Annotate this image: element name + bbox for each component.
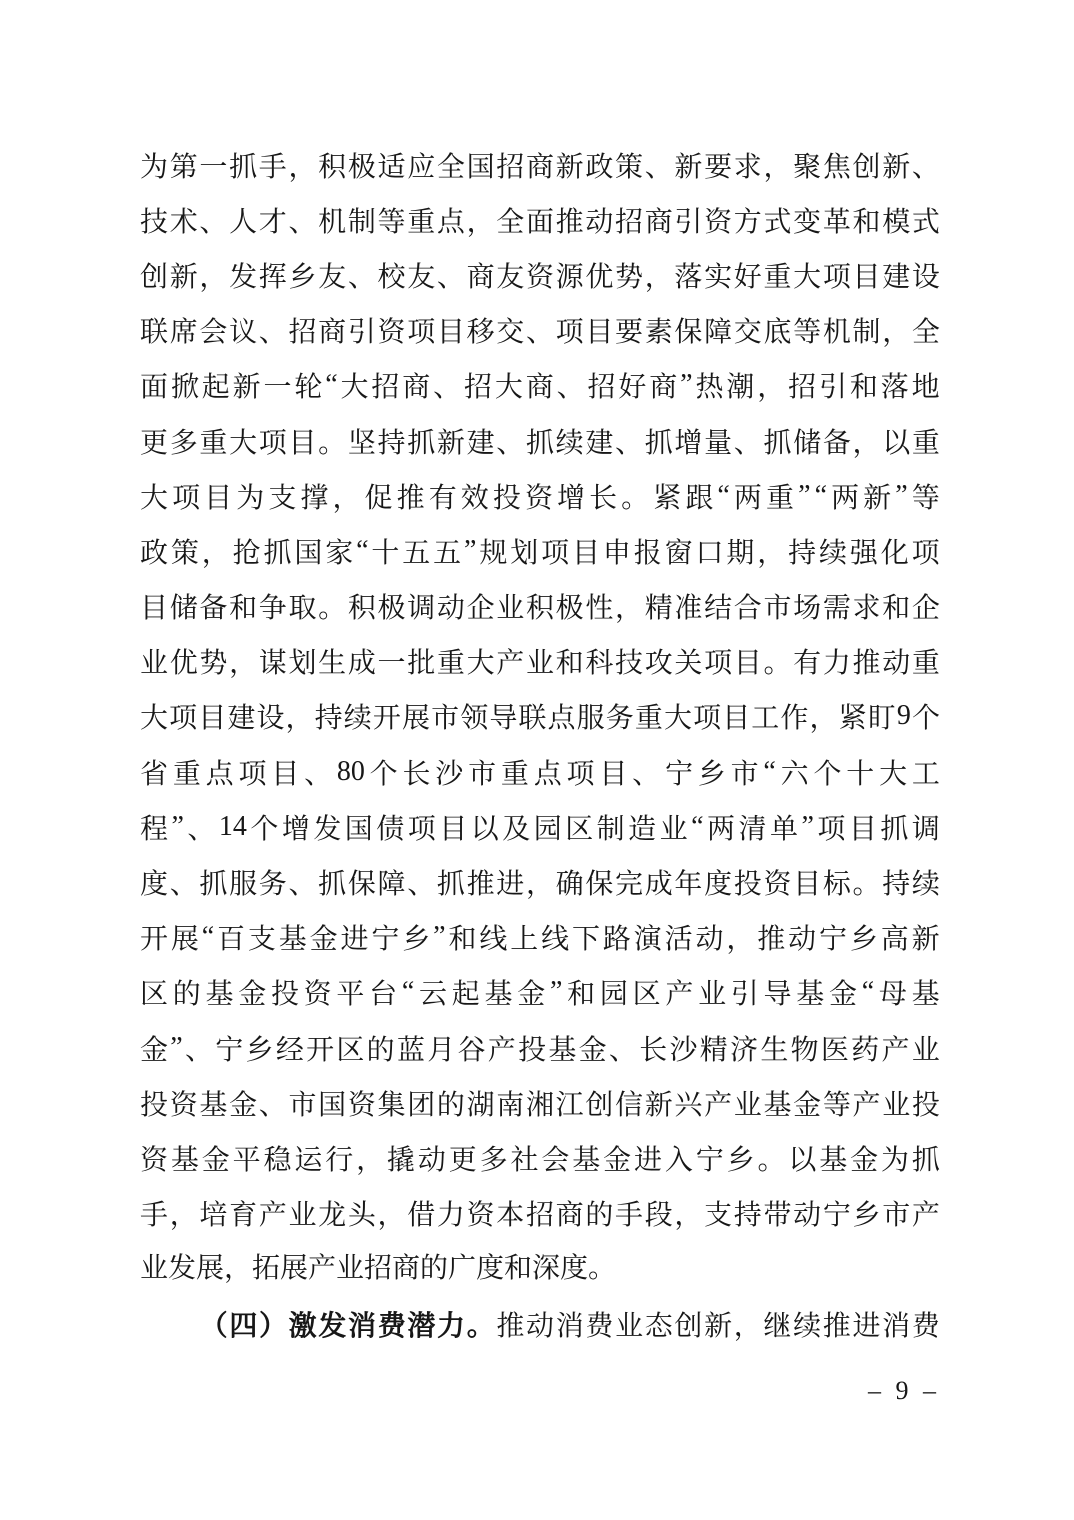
- body-text-run: 演: [634, 917, 662, 957]
- body-text-run: 进: [852, 1304, 880, 1344]
- body-text-run: 、: [199, 200, 227, 240]
- body-text-run: 全: [912, 310, 940, 350]
- body-text-run: 金: [238, 972, 266, 1012]
- body-text-run: 宁: [819, 917, 847, 957]
- body-text-run: 目: [572, 531, 600, 571]
- body-text-run: 项: [408, 807, 436, 847]
- body-text-run: 9: [897, 700, 911, 732]
- text-line: 政策，抢抓国家“十五五”规划项目申报窗口期，持续强化项: [140, 523, 940, 578]
- body-text-run: 资: [170, 1083, 198, 1123]
- body-text-run: 量: [704, 421, 732, 461]
- body-text-run: 招: [615, 200, 643, 240]
- body-text-run: 会: [541, 1138, 569, 1178]
- body-text-run: 平: [233, 1138, 261, 1178]
- text-line: 开展“百支基金进宁乡”和线上线下路演活动，推动宁乡高新: [140, 910, 940, 965]
- body-text-run: 全: [437, 145, 465, 185]
- body-text-run: 目: [288, 421, 316, 461]
- body-text-run: 生: [318, 641, 346, 681]
- body-text-run: ，: [467, 200, 495, 240]
- body-text-run: 段: [645, 1193, 673, 1233]
- body-text-run: 十: [371, 531, 399, 571]
- body-text-run: 商: [526, 365, 554, 405]
- body-text-run: 投: [493, 476, 521, 516]
- body-text-run: 资: [526, 255, 554, 295]
- body-text-run: 、: [609, 1028, 637, 1068]
- body-text-run: 建: [227, 696, 255, 736]
- text-line: 资基金平稳运行，撬动更多社会基金进入宁乡。以基金为抓: [140, 1130, 940, 1185]
- body-text-run: 期: [726, 531, 754, 571]
- body-text-run: 商: [467, 255, 495, 295]
- body-text-run: 素: [645, 310, 673, 350]
- body-text-run: 物: [791, 1028, 819, 1068]
- body-text-run: 园: [534, 807, 562, 847]
- body-text-run: 沙: [669, 1028, 697, 1068]
- body-text-run: 资: [304, 972, 332, 1012]
- body-text-run: 窗: [665, 531, 693, 571]
- body-text-run: 集: [378, 1083, 406, 1123]
- body-text-run: 建: [585, 421, 613, 461]
- body-text-run: 备: [823, 421, 851, 461]
- body-text-run: 活: [665, 917, 693, 957]
- body-text-run: 目: [140, 586, 168, 626]
- body-text-run: 重: [407, 200, 435, 240]
- body-text-run: 重: [766, 476, 794, 516]
- body-text-run: 路: [603, 917, 631, 957]
- body-text-run: 长: [639, 1028, 667, 1068]
- body-text-run: 长: [402, 752, 430, 792]
- text-line: 业优势，谋划生成一批重大产业和科技攻关项目。有力推动重: [140, 634, 940, 689]
- body-text-run: 等: [793, 310, 821, 350]
- body-text-run: 、: [185, 1028, 213, 1068]
- body-text-run: 导: [489, 696, 517, 736]
- body-text-run: 企: [912, 586, 940, 626]
- section-heading-text: （: [200, 1304, 228, 1344]
- body-text-run: 持: [378, 421, 406, 461]
- body-text-run: 产: [881, 1028, 909, 1068]
- body-text-run: 引: [731, 972, 759, 1012]
- body-text-run: 基: [912, 972, 940, 1012]
- body-text-run: 家: [325, 531, 353, 571]
- body-text-run: 资: [525, 476, 553, 516]
- body-text-run: 高: [881, 917, 909, 957]
- body-text-run: 资: [467, 1193, 495, 1233]
- body-text-run: 为: [140, 145, 168, 185]
- body-text-run: 、: [645, 145, 673, 185]
- body-text-run: 、: [557, 365, 585, 405]
- body-text-run: 宁: [665, 752, 693, 792]
- body-text-run: 有: [429, 476, 457, 516]
- body-text-run: “: [402, 976, 414, 1008]
- body-text-run: 。: [758, 1138, 786, 1178]
- body-text-run: 金: [829, 972, 857, 1012]
- body-text-run: 目: [437, 310, 465, 350]
- body-text-run: 作: [780, 696, 808, 736]
- body-text-run: 场: [793, 586, 821, 626]
- body-text-run: 新: [704, 1304, 732, 1344]
- body-text-run: 底: [763, 310, 791, 350]
- body-text-run: 招: [526, 1193, 554, 1233]
- section-heading-text: 激: [289, 1304, 317, 1344]
- text-line: 联席会议、招商引资项目移交、项目要素保障交底等机制，全: [140, 303, 940, 358]
- body-text-run: ，: [229, 641, 257, 681]
- body-text-run: 商: [649, 365, 677, 405]
- body-text-run: 点: [534, 752, 562, 792]
- section-heading-text: ）: [259, 1304, 287, 1344]
- body-text-run: 项: [823, 255, 851, 295]
- body-text-run: 动: [585, 200, 613, 240]
- body-text-run: 产: [496, 641, 524, 681]
- body-text-run: 续: [556, 421, 584, 461]
- body-text-run: ，: [763, 145, 791, 185]
- body-text-run: 、: [407, 862, 435, 902]
- body-text-run: 一: [378, 641, 406, 681]
- body-text-run: 力: [437, 1193, 465, 1233]
- body-text-run: 基: [572, 1138, 600, 1178]
- body-text-run: 和: [448, 917, 476, 957]
- body-text-run: 金: [850, 1138, 878, 1178]
- body-text-run: 会: [199, 310, 227, 350]
- body-text-run: 重: [912, 641, 940, 681]
- body-text-run: 个: [813, 752, 841, 792]
- body-text-run: 持: [788, 531, 816, 571]
- body-text-run: 创: [585, 1083, 613, 1123]
- body-text-run: 全: [496, 200, 524, 240]
- body-text-run: 政: [585, 145, 613, 185]
- body-text-run: ”: [680, 369, 692, 401]
- body-text-run: 规: [479, 531, 507, 571]
- body-text-run: 潮: [726, 365, 754, 405]
- section-heading-text: 潜: [407, 1304, 435, 1344]
- body-text-run: 创: [853, 145, 881, 185]
- body-text-run: 精: [645, 586, 673, 626]
- body-text-run: 求: [853, 586, 881, 626]
- body-text-run: 产: [912, 1193, 940, 1233]
- body-text-run: 投: [140, 1083, 168, 1123]
- body-text-run: 业: [140, 641, 168, 681]
- body-text-run: 金: [229, 1083, 257, 1123]
- body-text-run: 抓: [880, 807, 908, 847]
- body-text-run: 乡: [246, 1028, 274, 1068]
- body-text-run: 重: [912, 421, 940, 461]
- text-line: 大项目为支撑，促推有效投资增长。紧跟“两重”“两新”等: [140, 468, 940, 523]
- body-text-run: 等: [823, 1083, 851, 1123]
- body-text-run: 乡: [288, 255, 316, 295]
- body-text-run: 点: [206, 752, 234, 792]
- body-text-run: 以: [882, 421, 910, 461]
- body-text-run: 市: [882, 1193, 910, 1233]
- body-text-run: 抓: [199, 862, 227, 902]
- body-text-run: 、: [526, 310, 554, 350]
- body-text-run: 以: [788, 1138, 816, 1178]
- body-text-run: 。: [763, 641, 791, 681]
- body-text-run: 项: [407, 310, 435, 350]
- body-text-run: 撬: [387, 1138, 415, 1178]
- body-text-run: 基: [548, 1028, 576, 1068]
- body-text-run: 国: [467, 145, 495, 185]
- body-text-run: 撑: [300, 476, 328, 516]
- body-text-run: 目: [439, 807, 467, 847]
- body-text-run: 清: [739, 807, 767, 847]
- body-text-run: 资: [763, 862, 791, 902]
- text-line: 程”、14个增发国债项目以及园区制造业“两清单”项目抓调: [140, 799, 940, 854]
- body-text-run: 准: [674, 586, 702, 626]
- body-text-run: 引: [348, 310, 376, 350]
- body-text-run: 项: [556, 310, 584, 350]
- body-text-run: 新: [556, 145, 584, 185]
- body-text-run: 。: [318, 586, 346, 626]
- body-text-run: 的: [585, 1193, 613, 1233]
- body-text-run: 议: [229, 310, 257, 350]
- body-text-run: 台: [369, 972, 397, 1012]
- section-heading-text: 。: [467, 1304, 495, 1344]
- body-text-run: 取: [288, 586, 316, 626]
- body-text-run: ，: [882, 310, 910, 350]
- body-text-run: 项: [912, 531, 940, 571]
- body-text-run: 湘: [526, 1083, 554, 1123]
- body-text-run: 动: [418, 1138, 446, 1178]
- body-text-run: 增: [674, 421, 702, 461]
- body-text-run: 极: [556, 586, 584, 626]
- text-line: 技术、人才、机制等重点，全面推动招商引资方式变革和模式: [140, 192, 940, 247]
- body-text-run: 合: [734, 586, 762, 626]
- body-text-run: ，: [288, 145, 316, 185]
- body-text-run: 点: [437, 200, 465, 240]
- body-text-run: 地: [912, 365, 940, 405]
- body-text-run: 进: [341, 917, 369, 957]
- body-text-run: 金: [310, 917, 338, 957]
- body-text-run: 保: [348, 862, 376, 902]
- body-text-run: 重: [199, 421, 227, 461]
- body-text-run: ”: [170, 1032, 182, 1064]
- body-text-run: 的: [173, 972, 201, 1012]
- body-text-run: 续: [344, 696, 372, 736]
- body-text-run: 、: [348, 255, 376, 295]
- body-text-run: 乡: [850, 917, 878, 957]
- body-text-run: 线: [479, 917, 507, 957]
- body-text-run: 好: [734, 255, 762, 295]
- body-text-run: 目: [734, 641, 762, 681]
- body-text-run: 市: [288, 1083, 316, 1123]
- body-text-run: 增: [282, 807, 310, 847]
- body-text-run: 母: [879, 972, 907, 1012]
- body-text-run: 谋: [259, 641, 287, 681]
- body-text-run: 大: [879, 752, 907, 792]
- body-text-run: 技: [615, 641, 643, 681]
- body-text-run: 度: [704, 862, 732, 902]
- body-text-run: 精: [700, 1028, 728, 1068]
- body-text-run: 服: [229, 862, 257, 902]
- text-line: 金”、宁乡经开区的蓝月谷产投基金、长沙精济生物医药产业: [140, 1020, 940, 1075]
- body-text-run: ，: [615, 586, 643, 626]
- body-text-run: 。: [621, 476, 649, 516]
- body-text-run: 模: [882, 200, 910, 240]
- body-text-run: 业: [288, 1193, 316, 1233]
- body-text-run: 政: [140, 531, 168, 571]
- body-text-run: 动: [695, 917, 723, 957]
- body-text-run: 友: [318, 255, 346, 295]
- body-text-run: 大: [140, 696, 168, 736]
- body-text-run: 药: [851, 1028, 879, 1068]
- body-text-run: 抓: [407, 421, 435, 461]
- body-text-run: 移: [467, 310, 495, 350]
- body-text-run: 源: [556, 255, 584, 295]
- body-text-run: 和: [882, 586, 910, 626]
- body-text-run: 国: [318, 1083, 346, 1123]
- body-text-run: 、: [288, 862, 316, 902]
- body-text-run: 园: [600, 972, 628, 1012]
- body-text-run: 区: [336, 1028, 364, 1068]
- body-text-run: 成: [348, 641, 376, 681]
- body-text-run: 抓: [645, 421, 673, 461]
- body-text-run: 强: [850, 531, 878, 571]
- body-text-run: 持: [734, 1193, 762, 1233]
- body-text-run: 动: [437, 586, 465, 626]
- body-text-run: 市: [468, 752, 496, 792]
- body-text-run: ”: [433, 921, 445, 953]
- body-text-run: 大: [495, 365, 523, 405]
- body-text-run: 多: [170, 421, 198, 461]
- body-text-run: 消: [556, 1304, 584, 1344]
- body-text-run: 基: [171, 1138, 199, 1178]
- body-text-run: 重: [173, 752, 201, 792]
- body-text-run: 、: [259, 1083, 287, 1123]
- body-text-run: “: [862, 976, 874, 1008]
- body-text-run: 消: [882, 1304, 910, 1344]
- body-text-run: 继: [763, 1304, 791, 1344]
- body-text-run: ，: [734, 1304, 762, 1344]
- body-text-run: 乡: [402, 917, 430, 957]
- body-text-run: ，: [199, 255, 227, 295]
- body-text-run: 动: [788, 917, 816, 957]
- body-text-run: 发: [229, 255, 257, 295]
- body-text-run: 进: [634, 1138, 662, 1178]
- body-text-run: 金: [140, 1028, 168, 1068]
- body-text-run: 持: [882, 862, 910, 902]
- body-text-run: 债: [376, 807, 404, 847]
- body-text-run: 上: [510, 917, 538, 957]
- body-text-run: 式: [763, 200, 791, 240]
- body-text-run: 业发展，拓展产业招商的广度和深度。: [140, 1241, 616, 1296]
- body-text-run: 宁: [823, 1193, 851, 1233]
- body-text-run: 项: [541, 531, 569, 571]
- body-text-run: 基: [763, 1083, 791, 1123]
- body-text-run: 保: [674, 310, 702, 350]
- body-text-run: 业: [912, 1028, 940, 1068]
- text-line: 创新，发挥乡友、校友、商友资源优势，落实好重大项目建设: [140, 247, 940, 302]
- body-text-run: 线: [541, 917, 569, 957]
- body-text-run: 落: [674, 255, 702, 295]
- body-text-run: 进: [496, 862, 524, 902]
- body-text-run: 目: [204, 476, 232, 516]
- body-text-run: 手: [140, 1193, 168, 1233]
- body-text-run: 交: [734, 310, 762, 350]
- body-text-run: 策: [615, 145, 643, 185]
- body-text-run: 新: [912, 917, 940, 957]
- body-text-run: 带: [763, 1193, 791, 1233]
- body-text-run: 坚: [348, 421, 376, 461]
- body-text-run: 基: [796, 972, 824, 1012]
- section-heading-text: 力: [437, 1304, 465, 1344]
- body-text-run: 制: [348, 200, 376, 240]
- body-text-run: 工: [912, 752, 940, 792]
- body-text-run: 掀: [171, 365, 199, 405]
- body-text-run: 南: [496, 1083, 524, 1123]
- body-text-run: 优: [170, 641, 198, 681]
- body-text-run: 需: [823, 586, 851, 626]
- body-text-run: 业: [526, 641, 554, 681]
- body-text-run: 稳: [264, 1138, 292, 1178]
- body-text-run: 新: [645, 1083, 673, 1123]
- body-text-run: 制: [597, 807, 625, 847]
- body-text-run: 、: [632, 752, 660, 792]
- body-text-run: 求: [734, 145, 762, 185]
- text-line: 省重点项目、80个长沙市重点项目、宁乡市“六个十大工: [140, 744, 940, 799]
- body-text-run: 育: [229, 1193, 257, 1233]
- body-text-run: 开: [306, 1028, 334, 1068]
- body-text-run: 乡: [853, 1193, 881, 1233]
- body-text-run: 推: [467, 862, 495, 902]
- body-text-run: 积: [318, 145, 346, 185]
- body-text-run: 跟: [685, 476, 713, 516]
- body-text-run: 以: [471, 807, 499, 847]
- body-text-run: 沙: [435, 752, 463, 792]
- body-text-run: 联: [140, 310, 168, 350]
- body-text-run: 大: [341, 365, 369, 405]
- body-text-run: “: [717, 480, 729, 512]
- body-text-run: 抓: [264, 531, 292, 571]
- body-text-run: 开: [373, 696, 401, 736]
- body-text-run: 目: [271, 752, 299, 792]
- body-text-run: ，: [286, 696, 314, 736]
- body-text-run: 调: [407, 586, 435, 626]
- body-text-run: 重: [763, 255, 791, 295]
- body-text-run: 为: [881, 1138, 909, 1178]
- body-text-run: ”: [801, 811, 813, 843]
- body-text-run: 引: [674, 200, 702, 240]
- body-text-run: 力: [823, 641, 851, 681]
- body-text-run: 要: [704, 145, 732, 185]
- body-text-run: 月: [427, 1028, 455, 1068]
- body-text-run: 第: [170, 145, 198, 185]
- body-text-run: 新: [674, 145, 702, 185]
- body-text-run: 争: [259, 586, 287, 626]
- body-text-run: 、: [437, 255, 465, 295]
- text-line: 业发展，拓展产业招商的广度和深度。: [140, 1241, 940, 1296]
- body-text-run: 划: [288, 641, 316, 681]
- body-text-run: 经: [276, 1028, 304, 1068]
- text-line: 面掀起新一轮“大招商、招大商、招好商”热潮，招引和落地: [140, 358, 940, 413]
- body-text-run: 、: [433, 365, 461, 405]
- body-text-run: 本: [496, 1193, 524, 1233]
- body-text-run: 和: [229, 586, 257, 626]
- body-text-run: 机: [823, 310, 851, 350]
- body-text-run: ”: [171, 811, 183, 843]
- body-text-run: 医: [821, 1028, 849, 1068]
- body-text-run: 开: [140, 917, 168, 957]
- body-text-run: 企: [467, 586, 495, 626]
- body-text-run: 目: [853, 255, 881, 295]
- body-text-run: 务: [606, 696, 634, 736]
- body-text-run: 展: [171, 917, 199, 957]
- body-text-run: 新: [233, 365, 261, 405]
- body-text-run: 及: [502, 807, 530, 847]
- body-text-run: 大: [664, 696, 692, 736]
- body-text-run: 兴: [674, 1083, 702, 1123]
- body-text-run: 招: [288, 310, 316, 350]
- body-text-run: 投: [912, 1083, 940, 1123]
- body-text-run: 建: [467, 421, 495, 461]
- body-text-run: 更: [140, 421, 168, 461]
